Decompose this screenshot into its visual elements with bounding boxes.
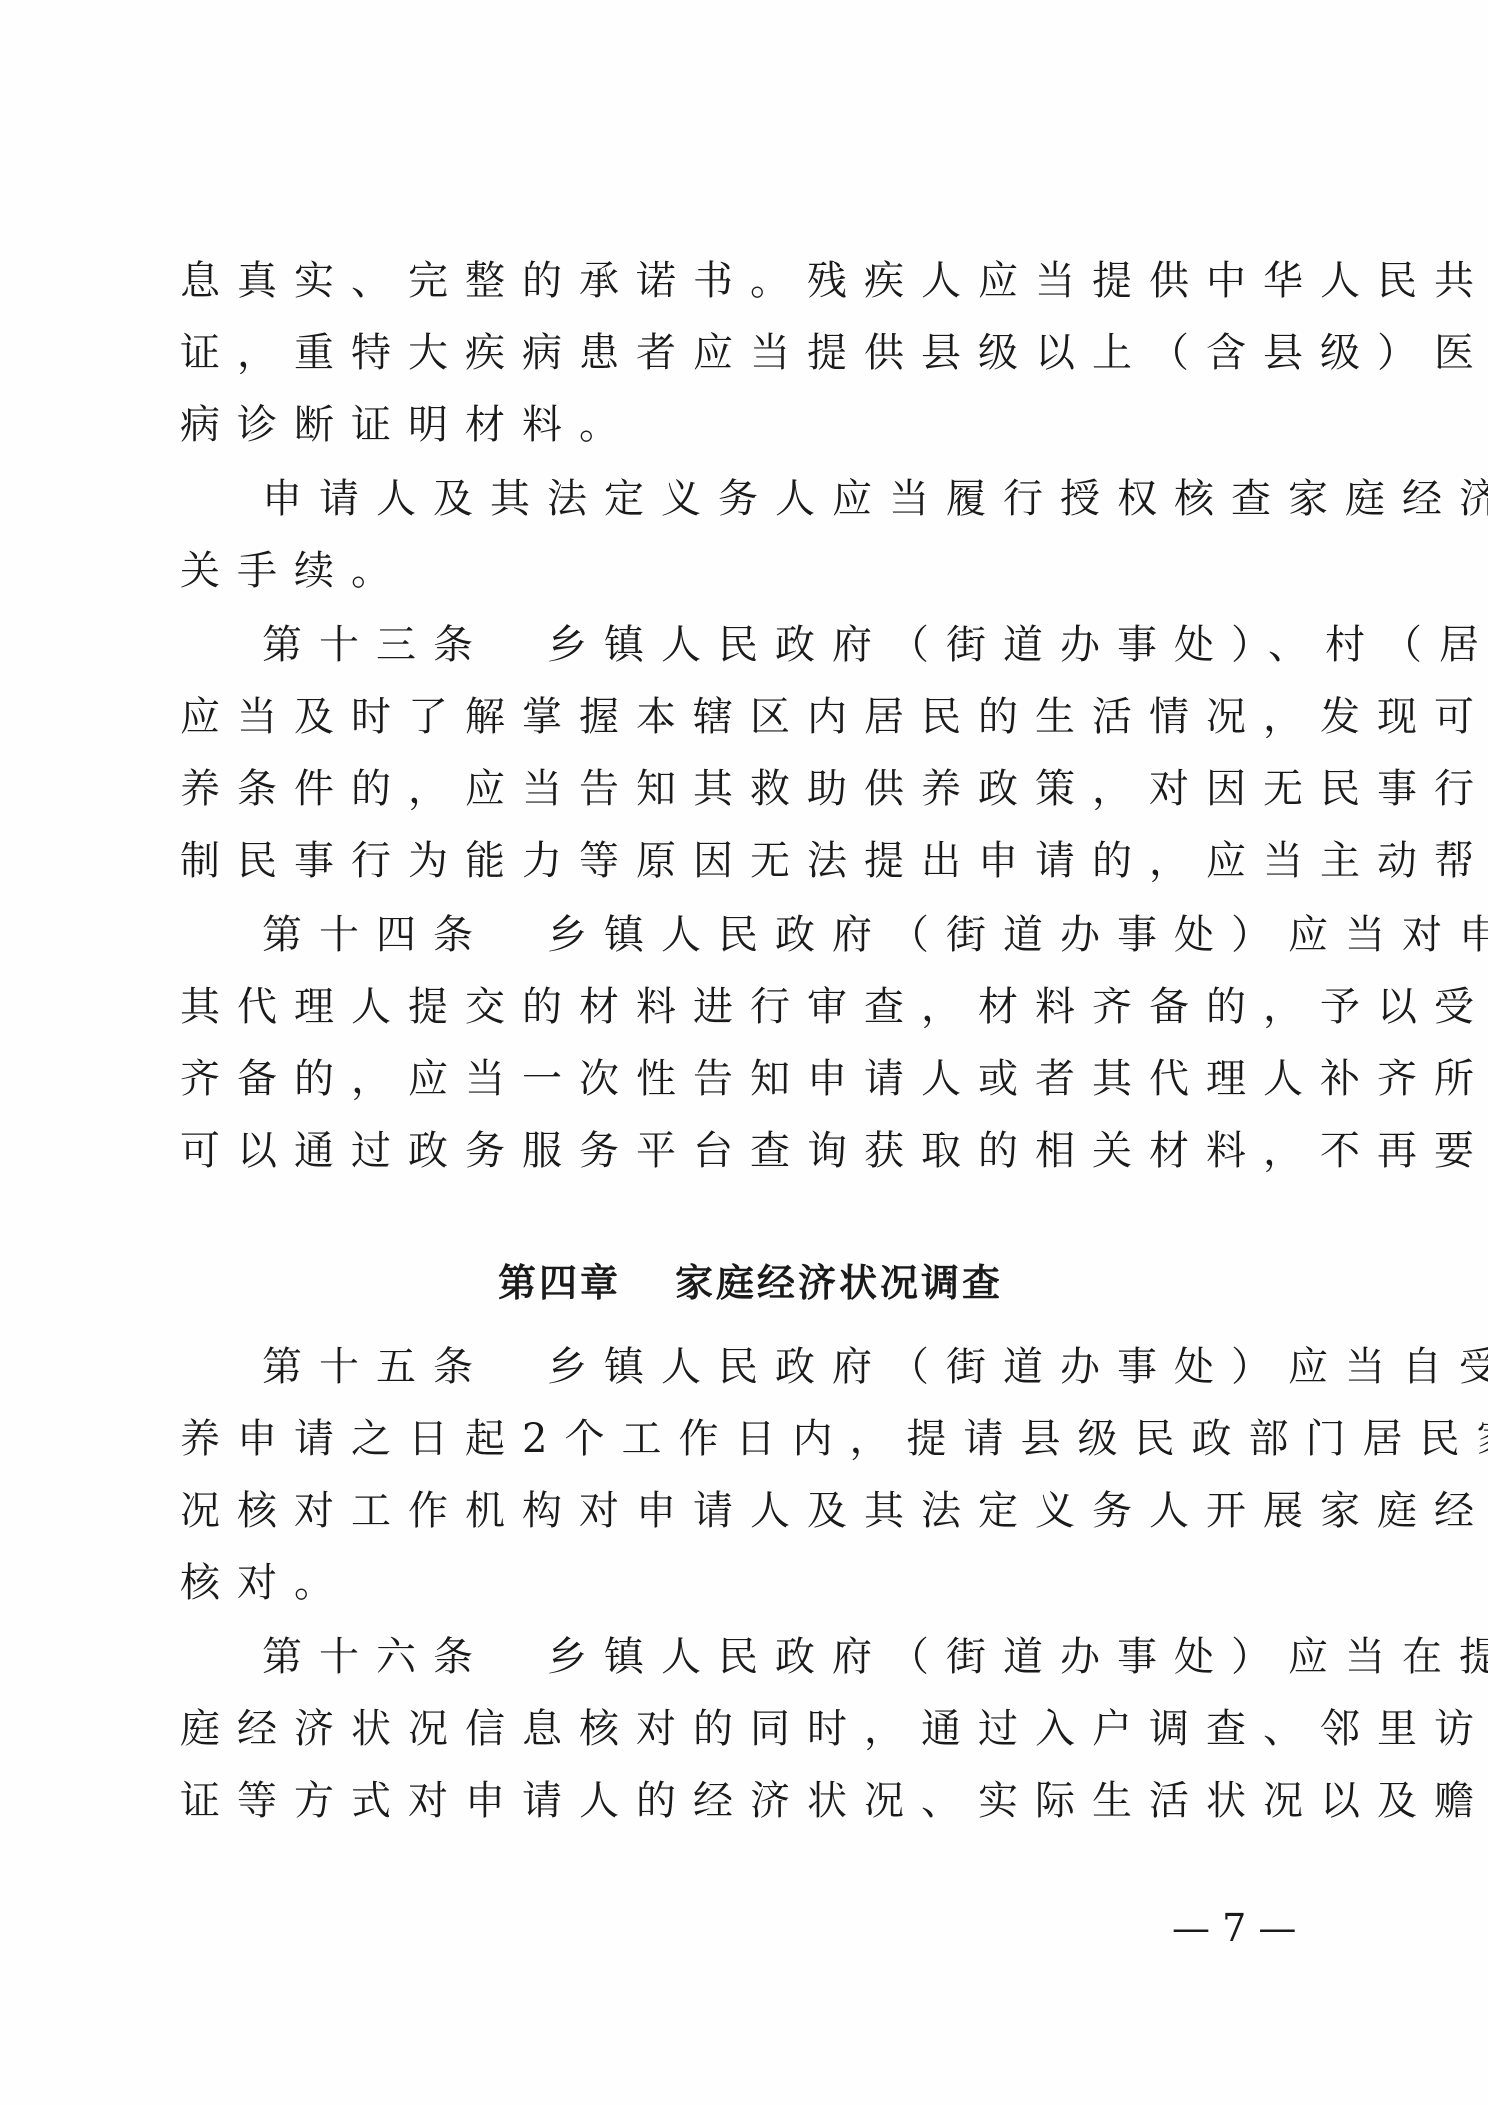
article-13-line: 制民事行为能力等原因无法提出申请的，应当主动帮助其申请。 — [180, 836, 1310, 886]
chapter-title: 家庭经济状况调查 — [675, 1261, 1003, 1305]
article-13-line: 应当及时了解掌握本辖区内居民的生活情况，发现可能符合特困供 — [180, 692, 1310, 742]
article-16-line: 第十六条 乡镇人民政府（街道办事处）应当在提请开展家 — [262, 1632, 1310, 1682]
page-number: — 7 — — [1172, 1908, 1296, 1948]
article-15-line: 况核对工作机构对申请人及其法定义务人开展家庭经济状况信息 — [180, 1486, 1310, 1536]
article-14-line: 第十四条 乡镇人民政府（街道办事处）应当对申请人或者 — [262, 910, 1310, 960]
paragraph-line: 证，重特大疾病患者应当提供县级以上（含县级）医院出具的疾 — [180, 328, 1310, 378]
chapter-heading: 第四章家庭经济状况调查 — [498, 1258, 1003, 1308]
paragraph-line: 病诊断证明材料。 — [180, 400, 636, 450]
article-14-line: 可以通过政务服务平台查询获取的相关材料，不再要求重复提交。 — [180, 1126, 1310, 1176]
paragraph-line: 申请人及其法定义务人应当履行授权核查家庭经济状况的相 — [262, 474, 1310, 524]
article-14-line: 齐备的，应当一次性告知申请人或者其代理人补齐所有规定材料； — [180, 1054, 1310, 1104]
article-13-line: 养条件的，应当告知其救助供养政策，对因无民事行为能力或者限 — [180, 764, 1310, 814]
article-15-line: 养申请之日起2个工作日内，提请县级民政部门居民家庭经济状 — [180, 1414, 1310, 1464]
article-15-line: 第十五条 乡镇人民政府（街道办事处）应当自受理特困供 — [262, 1342, 1310, 1392]
article-14-line: 其代理人提交的材料进行审查，材料齐备的，予以受理；材料不 — [180, 982, 1310, 1032]
document-page: 息真实、完整的承诺书。残疾人应当提供中华人民共和国残疾人 证，重特大疾病患者应当… — [0, 0, 1488, 2105]
article-15-line: 核对。 — [180, 1558, 351, 1608]
paragraph-line: 息真实、完整的承诺书。残疾人应当提供中华人民共和国残疾人 — [180, 256, 1310, 306]
article-16-line: 庭经济状况信息核对的同时，通过入户调查、邻里访问、信函索 — [180, 1704, 1310, 1754]
article-13-line: 第十三条 乡镇人民政府（街道办事处）、村（居）民委员会 — [262, 620, 1310, 670]
paragraph-line: 关手续。 — [180, 546, 408, 596]
article-16-line: 证等方式对申请人的经济状况、实际生活状况以及赡养、抚养、 — [180, 1776, 1310, 1826]
chapter-number: 第四章 — [498, 1261, 621, 1305]
